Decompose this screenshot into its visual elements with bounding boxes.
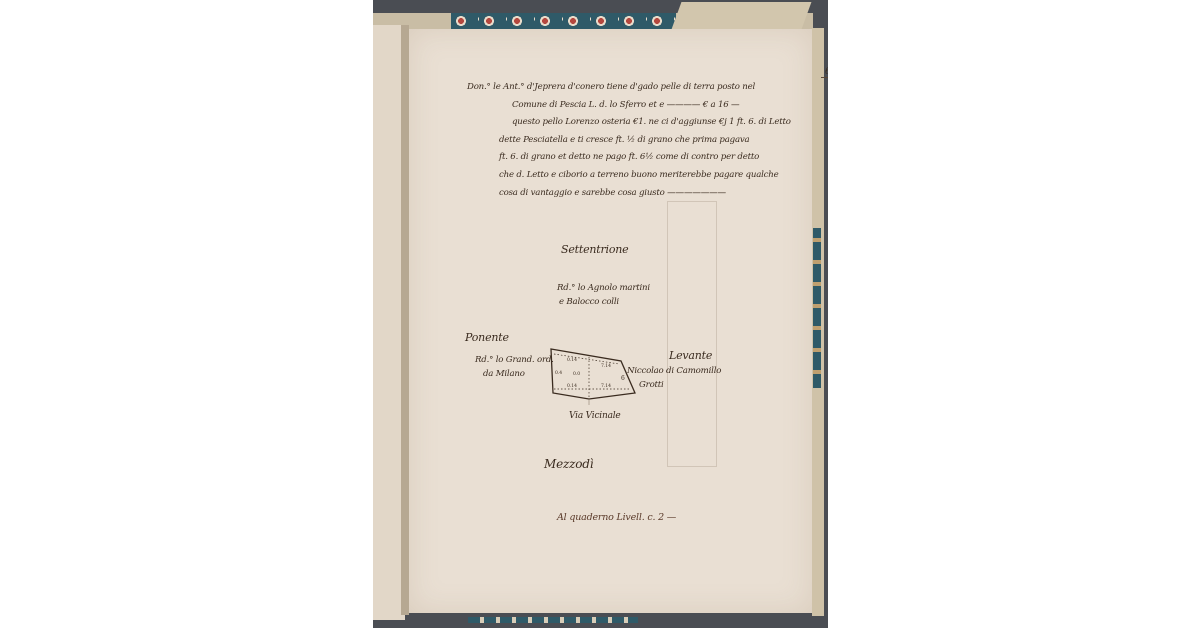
owner-line: Niccolao di Camomillo: [627, 364, 721, 378]
east-owner: Niccolao di Camomillo Grotti: [627, 364, 721, 392]
plot-measure: 7.14: [601, 383, 611, 389]
owner-line: da Milano: [475, 367, 554, 381]
ledger-reference-note: Al quaderno Livell. c. 2 —: [557, 512, 676, 523]
manuscript-page: 62 Don.° le Ant.° d'Jeprera d'conero tie…: [409, 29, 812, 613]
manuscript-scan: 62 Don.° le Ant.° d'Jeprera d'conero tie…: [373, 0, 828, 628]
header-paragraph: Don.° le Ant.° d'Jeprera d'conero tiene …: [467, 79, 791, 202]
north-label: Settentrione: [561, 243, 629, 256]
text-line: ft. 6. di grano et detto ne pago ft. 6½ …: [467, 149, 791, 167]
plot-measure: 0.0: [573, 371, 580, 377]
south-label: Mezzodì: [544, 457, 593, 471]
text-line: che d. Letto e ciborio a terreno buono m…: [467, 167, 791, 185]
owner-line: Rd.° lo Grand. ord.: [475, 353, 554, 367]
west-owner: Rd.° lo Grand. ord. da Milano: [475, 353, 554, 381]
text-line: Comune di Pescia L. d. lo Sferro et e ——…: [467, 97, 791, 115]
plot-measure: 0.14: [567, 357, 577, 363]
marbled-cover-edge: [813, 228, 821, 388]
north-owner: Rd.° lo Agnolo martini e Balocco colli: [557, 281, 650, 309]
west-label: Ponente: [465, 331, 509, 344]
road-label: Via Vicinale: [569, 411, 621, 421]
vellum-flap: [671, 2, 812, 32]
owner-line: Rd.° lo Agnolo martini: [557, 281, 650, 295]
folio-number: 62: [821, 67, 828, 78]
plot-measure: 7.14: [601, 363, 611, 369]
binding-gutter: [401, 25, 409, 615]
text-line: cosa di vantaggio e sarebbe cosa giusto …: [467, 185, 791, 203]
plot-measure: 0.4: [555, 370, 562, 376]
marbled-paper-strip: [451, 13, 676, 29]
east-label: Levante: [669, 349, 712, 362]
owner-line: e Balocco colli: [557, 295, 650, 309]
plot-measure: 0.14: [567, 383, 577, 389]
plot-measure: 6: [621, 375, 625, 382]
bleed-through-outline: [667, 201, 717, 467]
text-line: dette Pesciatella e ti cresce ft. ½ di g…: [467, 132, 791, 150]
text-line: questo pello Lorenzo osteria €1. ne ci d…: [467, 114, 791, 132]
owner-line: Grotti: [627, 378, 721, 392]
text-line: Don.° le Ant.° d'Jeprera d'conero tiene …: [467, 79, 791, 97]
marbled-bottom-edge: [468, 617, 638, 623]
